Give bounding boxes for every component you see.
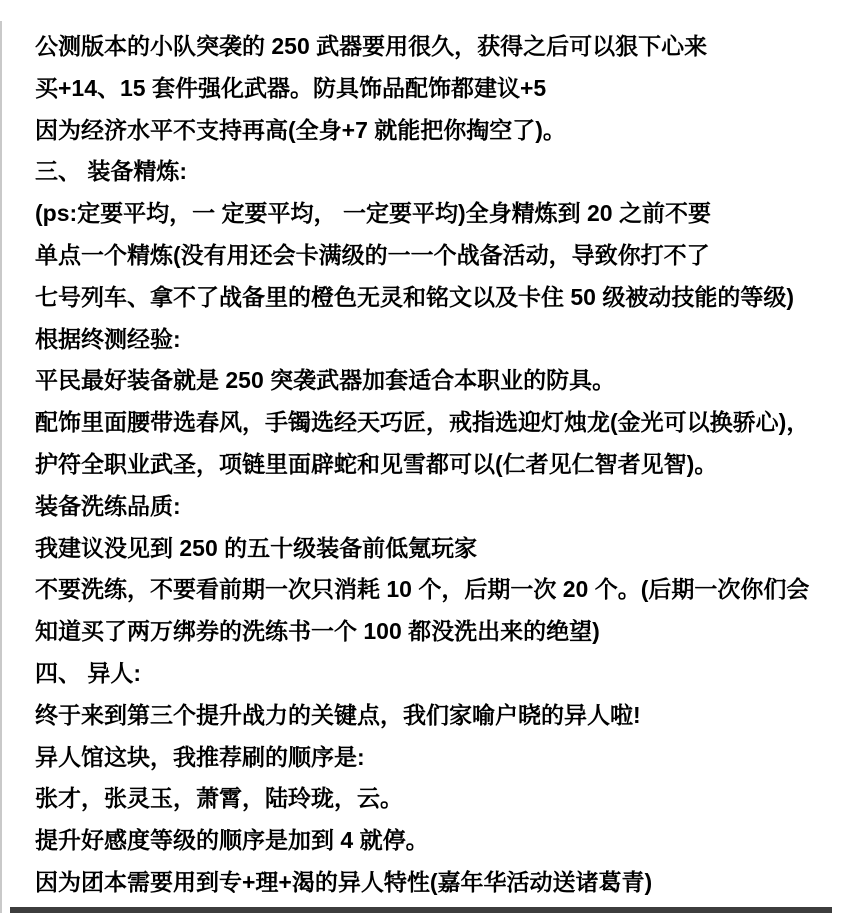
text-line-6: 单点一个精炼(没有用还会卡满级的一一个战备活动，导致你打不了 [35, 235, 862, 277]
bottom-divider-bar [10, 907, 832, 913]
text-line-8: 根据终测经验: [35, 319, 862, 361]
text-line-5: (ps:定要平均，一 定要平均， 一定要平均)全身精炼到 20 之前不要 [35, 193, 862, 235]
text-line-11: 护符全职业武圣，项链里面辟蛇和见雪都可以(仁者见仁智者见智)。 [35, 444, 862, 486]
text-line-20: 提升好感度等级的顺序是加到 4 就停。 [35, 820, 862, 862]
text-line-12: 装备洗练品质: [35, 486, 862, 528]
text-line-9: 平民最好装备就是 250 突袭武器加套适合本职业的防具。 [35, 360, 862, 402]
text-line-13: 我建议没见到 250 的五十级装备前低氪玩家 [35, 528, 862, 570]
text-line-1: 公测版本的小队突袭的 250 武器要用很久，获得之后可以狠下心来 [35, 26, 862, 68]
text-line-18: 异人馆这块，我推荐刷的顺序是: [35, 737, 862, 779]
text-line-10: 配饰里面腰带选春风，手镯选经天巧匠，戒指选迎灯烛龙(金光可以换骄心)， [35, 402, 862, 444]
text-line-3: 因为经济水平不支持再高(全身+7 就能把你掏空了)。 [35, 110, 862, 152]
article-text-block: 公测版本的小队突袭的 250 武器要用很久，获得之后可以狠下心来买+14、15 … [0, 0, 862, 904]
text-line-2: 买+14、15 套件强化武器。防具饰品配饰都建议+5 [35, 68, 862, 110]
text-line-4: 三、 装备精炼: [35, 151, 862, 193]
text-line-16: 四、 异人: [35, 653, 862, 695]
text-line-17: 终于来到第三个提升战力的关键点，我们家喻户晓的异人啦! [35, 695, 862, 737]
document-page: 公测版本的小队突袭的 250 武器要用很久，获得之后可以狠下心来买+14、15 … [0, 0, 862, 913]
text-line-15: 知道买了两万绑券的洗练书一个 100 都没洗出来的绝望) [35, 611, 862, 653]
text-line-21: 因为团本需要用到专+理+渴的异人特性(嘉年华活动送诸葛青) [35, 862, 862, 904]
text-line-7: 七号列车、拿不了战备里的橙色无灵和铭文以及卡住 50 级被动技能的等级) [35, 277, 862, 319]
text-line-14: 不要洗练，不要看前期一次只消耗 10 个，后期一次 20 个。(后期一次你们会 [35, 569, 862, 611]
text-line-19: 张才，张灵玉，萧霄，陆玲珑，云。 [35, 778, 862, 820]
